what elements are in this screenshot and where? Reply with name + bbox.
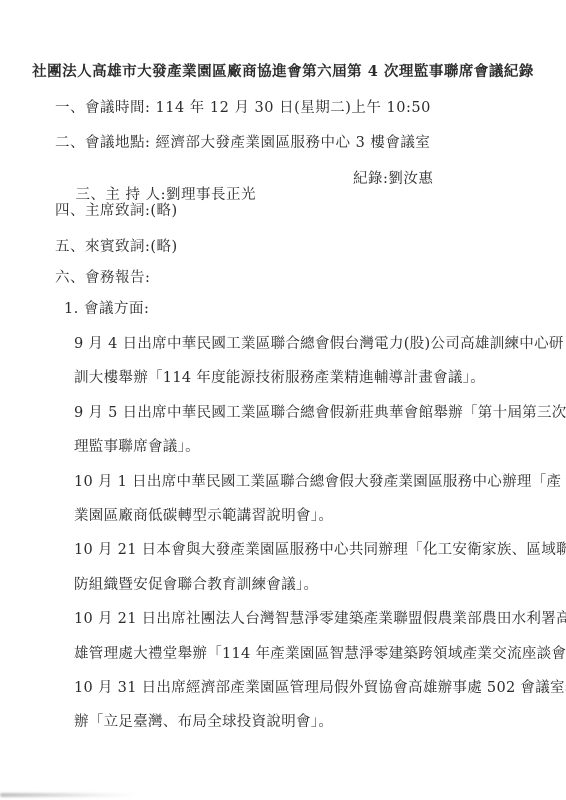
report-line: 雄管理處大禮堂舉辦「114 年產業園區智慧淨零建築跨領域產業交流座談會」。: [74, 637, 544, 671]
report-line: 10 月 1 日出席中華民國工業區聯合總會假大發產業園區服務中心辦理「產: [74, 465, 544, 499]
report-line: 10 月 21 日本會與大發產業園區服務中心共同辦理「化工安衛家族、區域聯: [74, 533, 544, 567]
report-paragraph: 10 月 21 日本會與大發產業園區服務中心共同辦理「化工安衛家族、區域聯 防組…: [74, 533, 544, 602]
meeting-location-line: 二、會議地點: 經濟部大發產業園區服務中心 3 樓會議室: [55, 131, 536, 151]
affairs-report-heading: 六、會務報告:: [55, 266, 536, 286]
report-line: 辦「立足臺灣、布局全球投資說明會」。: [74, 705, 544, 739]
meeting-time-line: 一、會議時間: 114 年 12 月 30 日(星期二)上午 10:50: [55, 96, 536, 116]
report-paragraph: 9 月 4 日出席中華民國工業區聯合總會假台灣電力(股)公司高雄訓練中心研 訓大…: [74, 327, 544, 396]
report-paragraph: 9 月 5 日出席中華民國工業區聯合總會假新莊典華會館舉辦「第十屆第三次 理監事…: [74, 396, 544, 465]
document-page: 社團法人高雄市大發產業園區廠商協進會第六屆第 4 次理監事聯席會議紀錄 一、會議…: [0, 0, 566, 800]
report-line: 訓大樓舉辦「114 年度能源技術服務產業精進輔導計畫會議」。: [74, 361, 544, 395]
document-title: 社團法人高雄市大發產業園區廠商協進會第六屆第 4 次理監事聯席會議紀錄: [0, 60, 566, 81]
report-line: 10 月 21 日出席社團法人台灣智慧淨零建築產業聯盟假農業部農田水利署高: [74, 602, 544, 636]
meetings-subheading: 1. 會議方面:: [64, 297, 149, 318]
report-line: 9 月 5 日出席中華民國工業區聯合總會假新莊典華會館舉辦「第十屆第三次: [74, 396, 544, 430]
guest-greeting-line: 五、來賓致詞:(略): [55, 235, 536, 255]
chair-greeting-line: 四、主席致詞:(略): [55, 199, 536, 219]
report-paragraphs: 9 月 4 日出席中華民國工業區聯合總會假台灣電力(股)公司高雄訓練中心研 訓大…: [74, 327, 544, 740]
report-line: 防組織暨安促會聯合教育訓練會議」。: [74, 568, 544, 602]
chair-line: 三、主 持 人:劉理事長正光 紀錄:劉汝惠: [55, 167, 536, 187]
recorder-label: 紀錄:劉汝惠: [353, 167, 433, 188]
scan-artifact: [0, 793, 135, 797]
report-line: 業園區廠商低碳轉型示範講習說明會」。: [74, 499, 544, 533]
report-line: 理監事聯席會議」。: [74, 430, 544, 464]
report-line: 9 月 4 日出席中華民國工業區聯合總會假台灣電力(股)公司高雄訓練中心研: [74, 327, 544, 361]
report-paragraph: 10 月 31 日出席經濟部產業園區管理局假外貿協會高雄辦事處 502 會議室舉…: [74, 671, 544, 740]
report-paragraph: 10 月 21 日出席社團法人台灣智慧淨零建築產業聯盟假農業部農田水利署高 雄管…: [74, 602, 544, 671]
report-line: 10 月 31 日出席經濟部產業園區管理局假外貿協會高雄辦事處 502 會議室舉: [74, 671, 544, 705]
report-paragraph: 10 月 1 日出席中華民國工業區聯合總會假大發產業園區服務中心辦理「產 業園區…: [74, 465, 544, 534]
